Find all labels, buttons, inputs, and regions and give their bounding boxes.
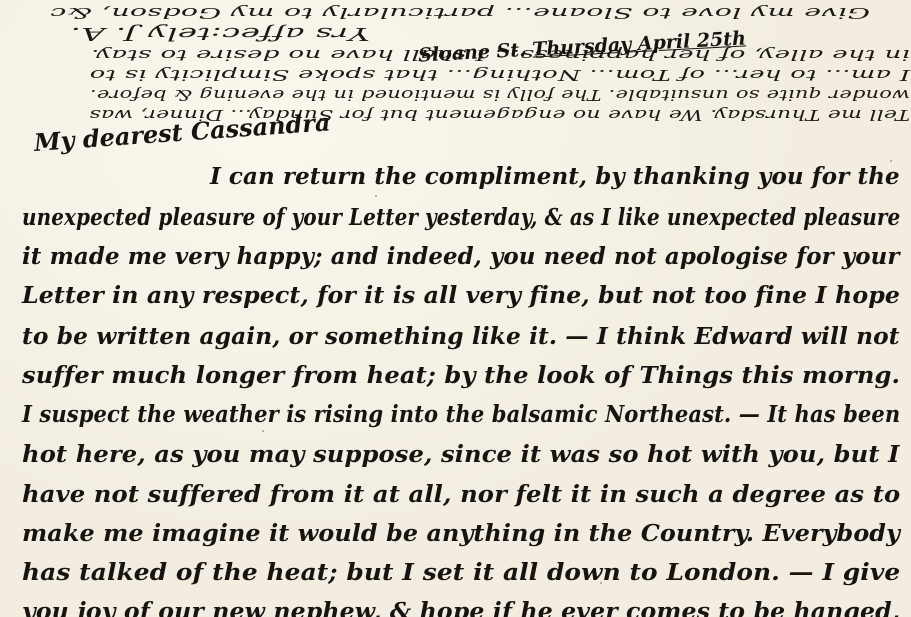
letter-line: you joy of our new nephew, & hope if he … (22, 597, 900, 617)
letter-line: unexpected pleasure of your Letter yeste… (22, 203, 900, 231)
letter-line: have not suffered from it at all, nor fe… (22, 480, 900, 508)
letter-line: I suspect the weather is rising into the… (22, 400, 900, 428)
inverted-line: I am... to her... of Tom... Nothing... t… (89, 66, 910, 84)
letter-line: make me imagine it would be anything in … (22, 519, 900, 547)
paper-speck (600, 582, 602, 584)
letter-line: hot here, as you may suppose, since it w… (22, 440, 900, 468)
letter-line: Letter in any respect, for it is all ver… (22, 281, 900, 309)
inverted-signature: Yrs affec:tely J. A. (70, 23, 370, 44)
letter-page: Give my love to Sloane... particularly t… (0, 0, 911, 617)
letter-line: it made me very happy; and indeed, you n… (22, 242, 900, 270)
letter-line: to be written again, or something like i… (22, 322, 900, 350)
paper-speck (890, 160, 892, 162)
inverted-line: Give my love to Sloane... particularly t… (50, 4, 870, 22)
paper-speck (375, 195, 377, 197)
paper-speck (262, 430, 264, 432)
letter-line: has talked of the heat; but I set it all… (22, 558, 900, 586)
letter-line: suffer much longer from heat; by the loo… (22, 361, 900, 389)
letter-line: I can return the compliment, by thanking… (210, 162, 900, 190)
inverted-line: wonder quite so unsuitable. The folly is… (90, 86, 910, 104)
